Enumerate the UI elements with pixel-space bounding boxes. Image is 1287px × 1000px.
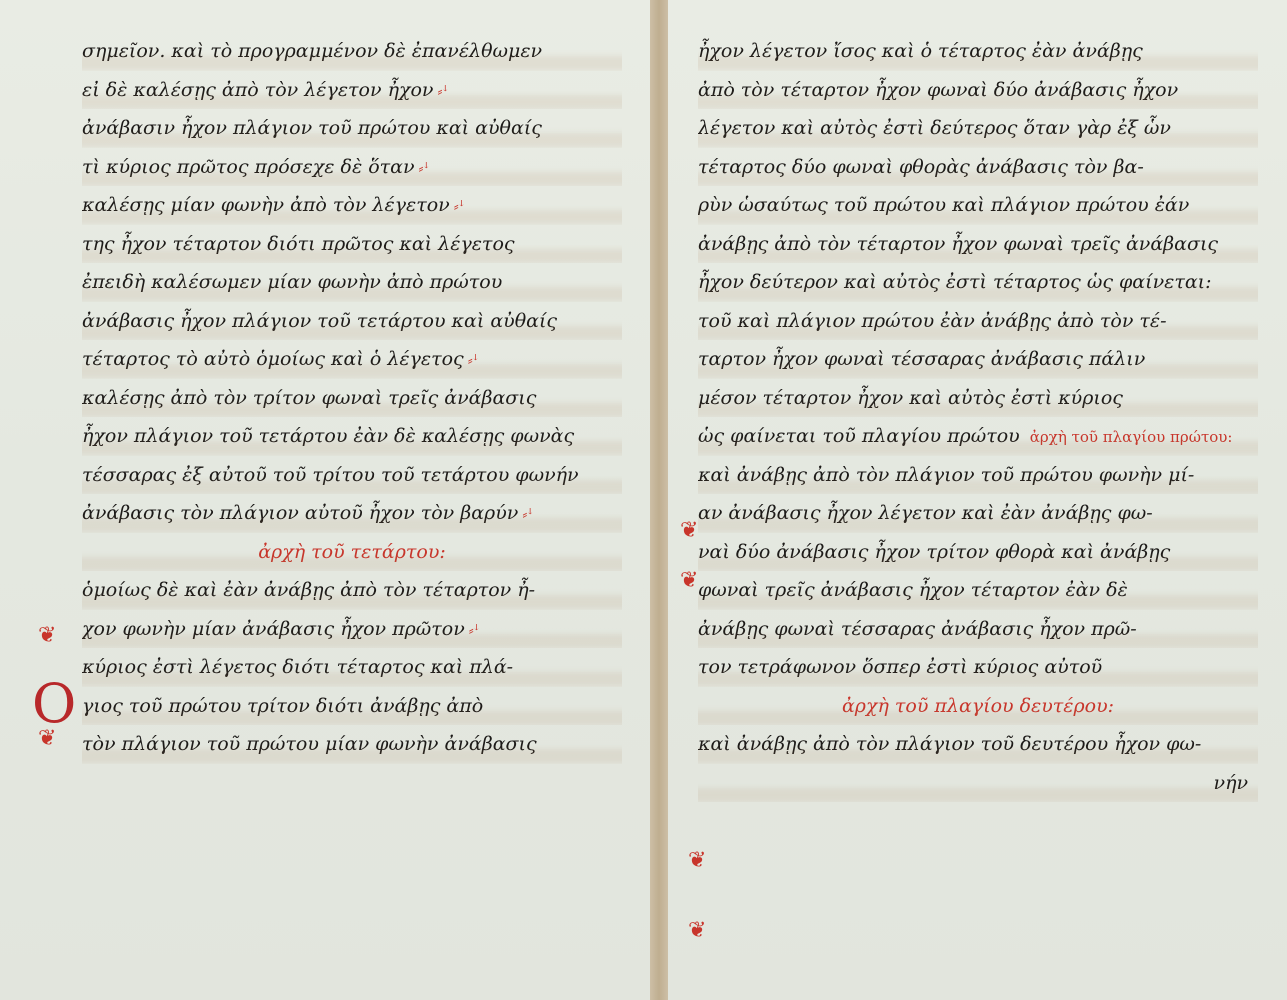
- manuscript-line: τὸν πλάγιον τοῦ πρώτου μίαν φωνὴν ἀνάβασ…: [82, 725, 622, 764]
- manuscript-line: ἀνάβασιν ἦχον πλάγιον τοῦ πρώτου καὶ αὐθ…: [82, 109, 622, 148]
- margin-ornament-icon: ❦: [688, 920, 706, 942]
- manuscript-line: φωναὶ τρεῖς ἀνάβασις ἦχον τέταρτον ἐὰν δ…: [698, 571, 1258, 610]
- manuscript-line: τον τετράφωνον ὅσπερ ἐστὶ κύριος αὐτοῦ: [698, 648, 1258, 687]
- manuscript-line: μέσον τέταρτον ἦχον καὶ αὐτὸς ἐστὶ κύριο…: [698, 379, 1258, 418]
- manuscript-line: ἦχον λέγετον ἴσος καὶ ὁ τέταρτος ἐὰν ἀνά…: [698, 32, 1258, 71]
- rubric-heading: ἀρχὴ τοῦ πλαγίου δευτέρου:: [698, 687, 1258, 726]
- right-page: ἦχον λέγετον ἴσος καὶ ὁ τέταρτος ἐὰν ἀνά…: [668, 0, 1287, 1000]
- manuscript-line: ναὶ δύο ἀνάβασις ἦχον τρίτον φθορὰ καὶ ἀ…: [698, 533, 1258, 572]
- margin-ornament-icon: ❦: [680, 570, 698, 592]
- manuscript-line: λέγετον καὶ αὐτὸς ἐστὶ δεύτερος ὅταν γὰρ…: [698, 109, 1258, 148]
- inline-rubric: ἀρχὴ τοῦ πλαγίου πρώτου:: [1030, 428, 1233, 446]
- neume-symbol: ⸗ꜜ: [437, 82, 448, 100]
- manuscript-line: ὁμοίως δὲ καὶ ἐὰν ἀνάβῃς ἀπὸ τὸν τέταρτο…: [82, 571, 622, 610]
- manuscript-line: ταρτον ἦχον φωναὶ τέσσαρας ἀνάβασις πάλι…: [698, 340, 1258, 379]
- manuscript-line: ὡς φαίνεται τοῦ πλαγίου πρώτου ἀρχὴ τοῦ …: [698, 417, 1258, 456]
- manuscript-line: καλέσῃς μίαν φωνὴν ἀπὸ τὸν λέγετον⸗ꜜ: [82, 186, 622, 225]
- book-gutter: [650, 0, 668, 1000]
- neume-symbol: ⸗ꜜ: [419, 159, 430, 177]
- manuscript-line: εἰ δὲ καλέσῃς ἀπὸ τὸν λέγετον ἦχον⸗ꜜ: [82, 71, 622, 110]
- manuscript-line: της ἦχον τέταρτον διότι πρῶτος καὶ λέγετ…: [82, 225, 622, 264]
- manuscript-line: αν ἀνάβασις ἦχον λέγετον καὶ ἐὰν ἀνάβῃς …: [698, 494, 1258, 533]
- manuscript-line: ἀνάβασις τὸν πλάγιον αὐτοῦ ἦχον τὸν βαρύ…: [82, 494, 622, 533]
- manuscript-line: σημεῖον. καὶ τὸ προγραμμένον δὲ ἐπανέλθω…: [82, 32, 622, 71]
- manuscript-line: τοῦ καὶ πλάγιον πρώτου ἐὰν ἀνάβῃς ἀπὸ τὸ…: [698, 302, 1258, 341]
- neume-symbol: ⸗ꜜ: [468, 351, 479, 369]
- manuscript-line: τέσσαρας ἐξ αὐτοῦ τοῦ τρίτου τοῦ τετάρτο…: [82, 456, 622, 495]
- catchword: νήν: [698, 764, 1258, 803]
- manuscript-line: γιος τοῦ πρώτου τρίτον διότι ἀνάβῃς ἀπὸ: [82, 687, 622, 726]
- rubric-heading: ἀρχὴ τοῦ τετάρτου:: [82, 533, 622, 572]
- manuscript-line: ἀνάβασις ἦχον πλάγιον τοῦ τετάρτου καὶ α…: [82, 302, 622, 341]
- neume-symbol: ⸗ꜜ: [522, 505, 533, 523]
- margin-ornament-icon: ❦: [680, 520, 698, 542]
- manuscript-line: ἀνάβῃς φωναὶ τέσσαρας ἀνάβασις ἦχον πρῶ-: [698, 610, 1258, 649]
- manuscript-line: τέταρτος δύο φωναὶ φθορὰς ἀνάβασις τὸν β…: [698, 148, 1258, 187]
- manuscript-line: ἦχον πλάγιον τοῦ τετάρτου ἐὰν δὲ καλέσῃς…: [82, 417, 622, 456]
- manuscript-line: τὶ κύριος πρῶτος πρόσεχε δὲ ὅταν⸗ꜜ: [82, 148, 622, 187]
- manuscript-line: τέταρτος τὸ αὐτὸ ὁμοίως καὶ ὁ λέγετος⸗ꜜ: [82, 340, 622, 379]
- manuscript-line: ἐπειδὴ καλέσωμεν μίαν φωνὴν ἀπὸ πρώτου: [82, 263, 622, 302]
- margin-ornament-icon: ❦: [688, 850, 706, 872]
- manuscript-line: καὶ ἀνάβῃς ἀπὸ τὸν πλάγιον τοῦ πρώτου φω…: [698, 456, 1258, 495]
- margin-ornament-icon: ❦: [38, 728, 56, 750]
- manuscript-line: ἀπὸ τὸν τέταρτον ἦχον φωναὶ δύο ἀνάβασις…: [698, 71, 1258, 110]
- manuscript-line: καλέσῃς ἀπὸ τὸν τρίτον φωναὶ τρεῖς ἀνάβα…: [82, 379, 622, 418]
- neume-symbol: ⸗ꜜ: [469, 621, 480, 639]
- manuscript-line: ρὺν ὡσαύτως τοῦ πρώτου καὶ πλάγιον πρώτο…: [698, 186, 1258, 225]
- manuscript-line: χον φωνὴν μίαν ἀνάβασις ἦχον πρῶτον⸗ꜜ: [82, 610, 622, 649]
- margin-ornament-icon: ❦: [38, 625, 56, 647]
- manuscript-line: ἀνάβῃς ἀπὸ τὸν τέταρτον ἦχον φωναὶ τρεῖς…: [698, 225, 1258, 264]
- manuscript-line: καὶ ἀνάβῃς ἀπὸ τὸν πλάγιον τοῦ δευτέρου …: [698, 725, 1258, 764]
- right-text-block: ἦχον λέγετον ἴσος καὶ ὁ τέταρτος ἐὰν ἀνά…: [698, 32, 1258, 802]
- manuscript-line: κύριος ἐστὶ λέγετος διότι τέταρτος καὶ π…: [82, 648, 622, 687]
- left-text-block: σημεῖον. καὶ τὸ προγραμμένον δὲ ἐπανέλθω…: [82, 32, 622, 764]
- left-page: σημεῖον. καὶ τὸ προγραμμένον δὲ ἐπανέλθω…: [0, 0, 650, 1000]
- neume-symbol: ⸗ꜜ: [454, 197, 465, 215]
- manuscript-line: ἦχον δεύτερον καὶ αὐτὸς ἐστὶ τέταρτος ὡς…: [698, 263, 1258, 302]
